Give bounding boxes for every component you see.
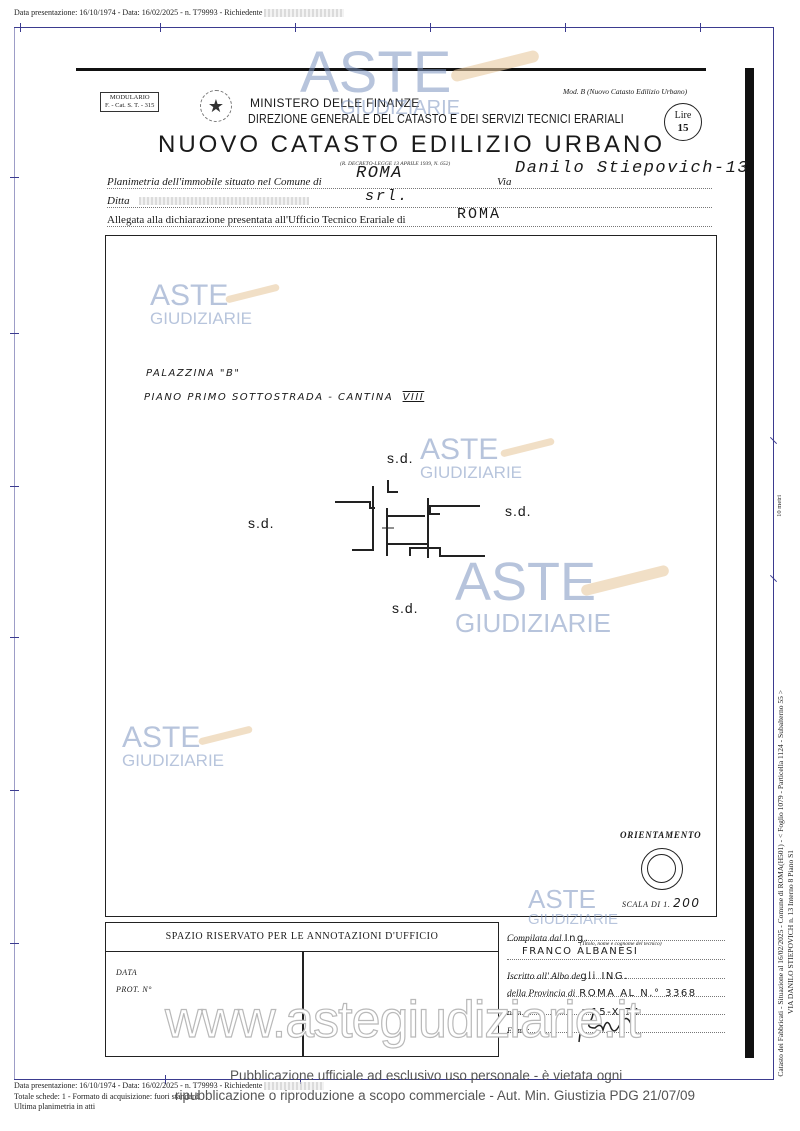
modulario-code: F. - Cat. S. T. - 315 [105,102,154,110]
watermark-site-url: www.astegiudiziarie.it [165,990,640,1050]
comune-line: Planimetria dell'immobile situato nel Co… [107,172,712,189]
republic-emblem-icon: ★ [200,90,232,122]
scale-label: SCALA DI 1. 200 [622,896,700,910]
watermark-giudiziarie: GIUDIZIARIE [150,312,252,326]
allegata-label: Allegata alla dichiarazione presentata a… [107,214,406,226]
cellar-floorplan [330,478,490,558]
albo-value: gli ING. [580,971,628,982]
compiler-line: Compilata dalIng. [507,928,725,941]
watermark-aste: ASTE [528,888,596,910]
ditta-value: srl. [365,188,409,205]
ufficio-value: ROMA [457,206,501,223]
label-east: s.d. [505,503,532,519]
revenue-stamp: Lire 15 [664,103,702,141]
watermark-aste: ASTE [420,437,498,463]
modulario-label: MODULARIO [105,94,154,102]
scale-measure-label: 10 metri [776,495,783,517]
form-title: NUOVO CATASTO EDILIZIO URBANO [158,131,665,159]
scale-text: SCALA DI 1. [622,900,670,909]
modulario-box: MODULARIO F. - Cat. S. T. - 315 [100,92,159,112]
watermark-giudiziarie: GIUDIZIARIE [122,754,224,768]
frame-right [773,27,774,1080]
albo-line: Iscritto all' Albo degli ING. [507,966,725,979]
annotation-protocol-label: PROT. N° [116,985,152,994]
compilata-label: Compilata dal [507,934,562,944]
label-west: s.d. [248,515,275,531]
footer-line-2: Totale schede: 1 - Formato di acquisizio… [14,1092,199,1101]
header-note: Data presentazione: 16/10/1974 - Data: 1… [14,8,344,17]
watermark-aste: ASTE [150,283,228,309]
via-value: Danilo Stiepovich-13 [515,159,749,178]
label-north: s.d. [387,450,414,466]
watermark-giudiziarie: GIUDIZIARIE [340,100,460,117]
frame-left [14,27,15,1080]
watermark-aste: ASTE [300,48,452,97]
frame-top [14,27,774,28]
stamp-value: 15 [665,122,701,134]
planimetria-label: Planimetria dell'immobile situato nel Co… [107,176,322,188]
comune-value: ROMA [356,164,403,183]
scale-value: 200 [673,896,700,910]
property-address: VIA DANILO STIEPOVICH n. 13 Interno 8 Pi… [786,850,795,1014]
annotation-date-label: DATA [116,968,137,977]
orientation-label: ORIENTAMENTO [620,830,701,840]
ditta-label: Ditta [107,195,130,207]
stamp-label: Lire [665,110,701,122]
unit-number: VIII [403,392,425,403]
label-south: s.d. [392,600,419,616]
publication-notice-line-1: Pubblicazione ufficiale ad esclusivo uso… [230,1068,622,1083]
ditta-line: Ditta srl. [107,193,712,208]
footer-line-3: Ultima planimetria in atti [14,1102,95,1111]
redacted-owner [139,197,309,205]
building-label: PALAZZINA "B" [146,368,241,379]
model-label: Mod. B (Nuovo Catasto Edilizio Urbano) [563,87,687,96]
annotations-title: SPAZIO RISERVATO PER LE ANNOTAZIONI D'UF… [106,923,498,952]
floor-text: PIANO PRIMO SOTTOSTRADA - CANTINA [144,392,393,403]
watermark-aste: ASTE [455,560,596,606]
publication-notice-line-2: ripubblicazione o riproduzione a scopo c… [175,1088,695,1103]
via-label: Via [497,176,511,188]
watermark-giudiziarie: GIUDIZIARIE [420,466,522,480]
ufficio-line: Allegata alla dichiarazione presentata a… [107,212,712,227]
redacted-requester [264,9,344,17]
floor-label: PIANO PRIMO SOTTOSTRADA - CANTINA VIII [144,392,424,403]
header-note-text: Data presentazione: 16/10/1974 - Data: 1… [14,8,262,17]
compiler-name: FRANCO ALBANESI [507,946,725,960]
orientation-compass-icon [641,848,683,890]
sheet-right-border [745,68,754,1058]
watermark-giudiziarie: GIUDIZIARIE [528,914,618,927]
cadastral-reference: Catasto dei Fabbricati - Situazione al 1… [776,690,785,1077]
watermark-giudiziarie: GIUDIZIARIE [455,612,611,634]
watermark-aste: ASTE [122,725,200,751]
albo-label: Iscritto all' Albo de [507,972,580,982]
